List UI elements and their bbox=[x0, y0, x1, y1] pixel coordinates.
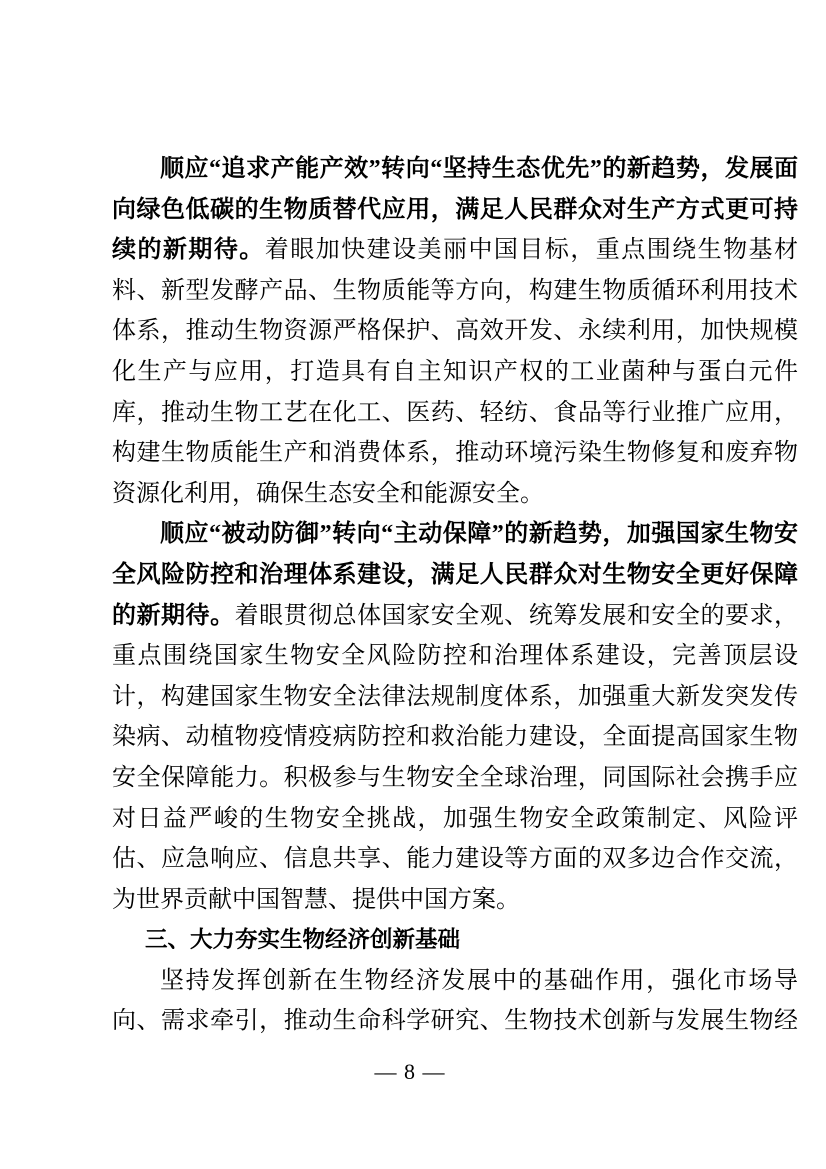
paragraph-biomass-substitution: 顺应“追求产能产效”转向“坚持生态优先”的新趋势，发展面向绿色低碳的生物质替代应… bbox=[112, 149, 798, 514]
paragraph-innovation-foundation: 坚持发挥创新在生物经济发展中的基础作用，强化市场导向、需求牵引，推动生命科学研究… bbox=[112, 961, 798, 1042]
section-heading: 三、大力夯实生物经济创新基础 bbox=[112, 920, 798, 961]
document-page: 顺应“追求产能产效”转向“坚持生态优先”的新趋势，发展面向绿色低碳的生物质替代应… bbox=[0, 0, 826, 1169]
document-content: 顺应“追求产能产效”转向“坚持生态优先”的新趋势，发展面向绿色低碳的生物质替代应… bbox=[112, 149, 798, 1042]
paragraph-2-body-text: 着眼贯彻总体国家安全观、统筹发展和安全的要求，重点围绕国家生物安全风险防控和治理… bbox=[112, 603, 798, 913]
page-number: — 8 — bbox=[375, 1059, 446, 1084]
paragraph-1-body-text: 着眼加快建设美丽中国目标，重点围绕生物基材料、新型发酵产品、生物质能等方向，构建… bbox=[112, 237, 798, 507]
page-footer: — 8 — bbox=[0, 1057, 820, 1087]
paragraph-3-body-text: 坚持发挥创新在生物经济发展中的基础作用，强化市场导向、需求牵引，推动生命科学研究… bbox=[112, 968, 798, 1035]
paragraph-biosecurity: 顺应“被动防御”转向“主动保障”的新趋势，加强国家生物安全风险防控和治理体系建设… bbox=[112, 514, 798, 920]
